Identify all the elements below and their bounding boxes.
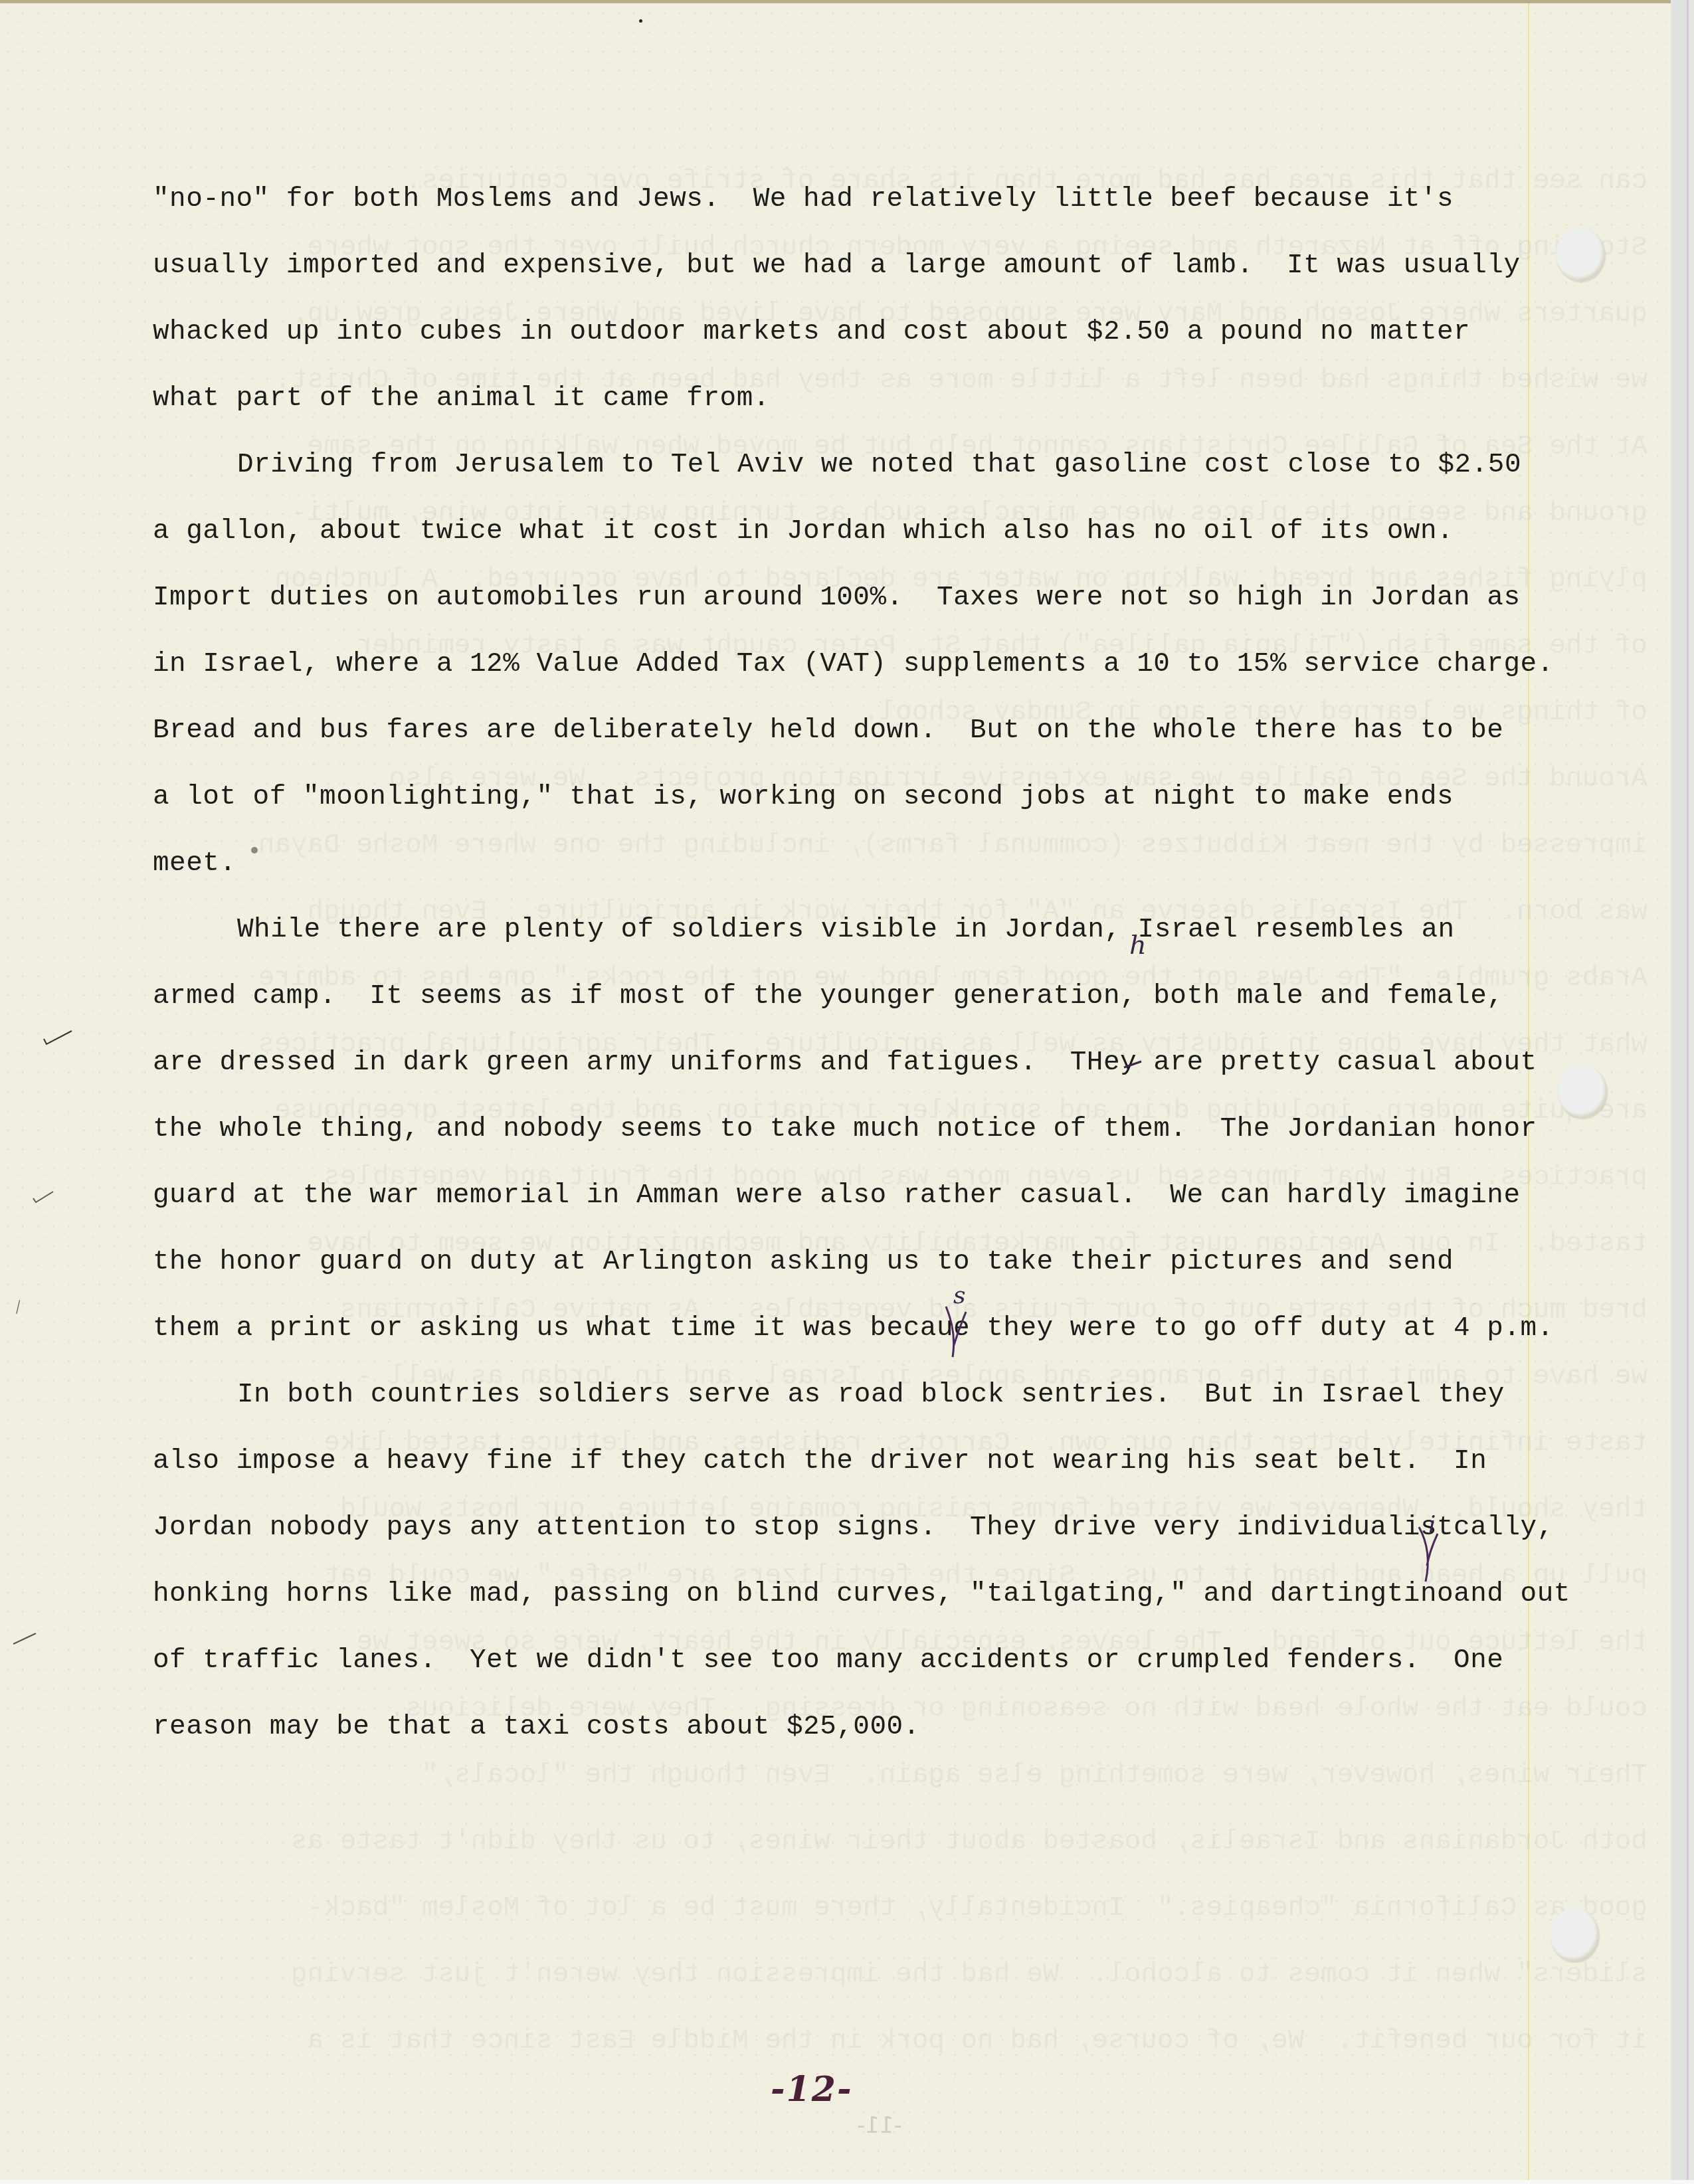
text-line: them a print or asking us what time it w… [153,1309,1554,1348]
correction-stroke-icon [1123,1059,1143,1069]
handwritten-correction-h: h [1129,930,1147,960]
paragraph-first-line: Driving from Jerusalem to Tel Aviv we no… [237,445,1521,485]
scanner-bottom-edge [0,2180,1694,2184]
text-line: armed camp. It seems as if most of the y… [153,976,1503,1016]
punch-hole [1550,1908,1599,1961]
text-line: usually imported and expensive, but we h… [153,246,1521,286]
text-line: reason may be that a taxi costs about $2… [153,1707,920,1747]
caret-insert-icon [943,1305,970,1358]
text-line: of traffic lanes. Yet we didn't see too … [153,1641,1503,1681]
text-line: honking horns like mad, passing on blind… [153,1574,1570,1614]
text-line: also impose a heavy fine if they catch t… [153,1441,1487,1481]
text-line: whacked up into cubes in outdoor markets… [153,312,1470,352]
margin-check-mark-icon [12,1631,43,1647]
text-line: in Israel, where a 12% Value Added Tax (… [153,644,1554,684]
punch-hole [1558,1065,1607,1118]
text-line: are dressed in dark green army uniforms … [153,1043,1537,1083]
margin-check-mark-icon [43,1030,73,1046]
punch-hole [1556,228,1605,281]
text-line: a gallon, about twice what it cost in Jo… [153,511,1454,551]
text-line: what part of the animal it came from. [153,379,770,418]
text-line: the honor guard on duty at Arlington ask… [153,1242,1454,1282]
bleed-through-line: it for our benefit. We, of course, had n… [120,2026,1647,2056]
bleed-through-line: good as California "cheapies." Incidenta… [120,1893,1647,1924]
caret-insert-icon [1415,1524,1442,1584]
text-line: the whole thing, and nobody seems to tak… [153,1109,1537,1149]
bleed-through-line: both Jordanians and Israelis, boasted ab… [120,1827,1647,1857]
ink-speck [639,19,642,23]
text-line: guard at the war memorial in Amman were … [153,1176,1521,1216]
text-line: Jordan nobody pays any attention to stop… [153,1508,1554,1548]
text-line: "no-no" for both Moslems and Jews. We ha… [153,179,1454,219]
text-line: meet. [153,844,236,883]
paragraph-first-line: While there are plenty of soldiers visib… [237,910,1455,950]
bleed-through-line: impressed by the neat Kibbutzes (communa… [120,830,1647,861]
margin-check-mark-icon [8,1299,39,1315]
text-line: a lot of "moonlighting," that is, workin… [153,777,1454,817]
bleed-through-page-number: -11- [857,2112,902,2139]
ink-speck [251,847,258,854]
paragraph-first-line: In both countries soldiers serve as road… [237,1375,1505,1415]
text-line: Bread and bus fares are deliberately hel… [153,711,1503,751]
page-number: -12- [771,2069,853,2110]
text-line: Import duties on automobiles run around … [153,578,1521,618]
bleed-through-line: Their wines, however, were something els… [120,1760,1647,1791]
margin-check-mark-icon [32,1189,62,1205]
bleed-through-line: sliders" when it comes to alcohol. We ha… [120,1959,1647,1990]
scanner-edge-strip [1672,0,1689,2184]
document-page: can see that this area has had more than… [0,0,1671,2180]
